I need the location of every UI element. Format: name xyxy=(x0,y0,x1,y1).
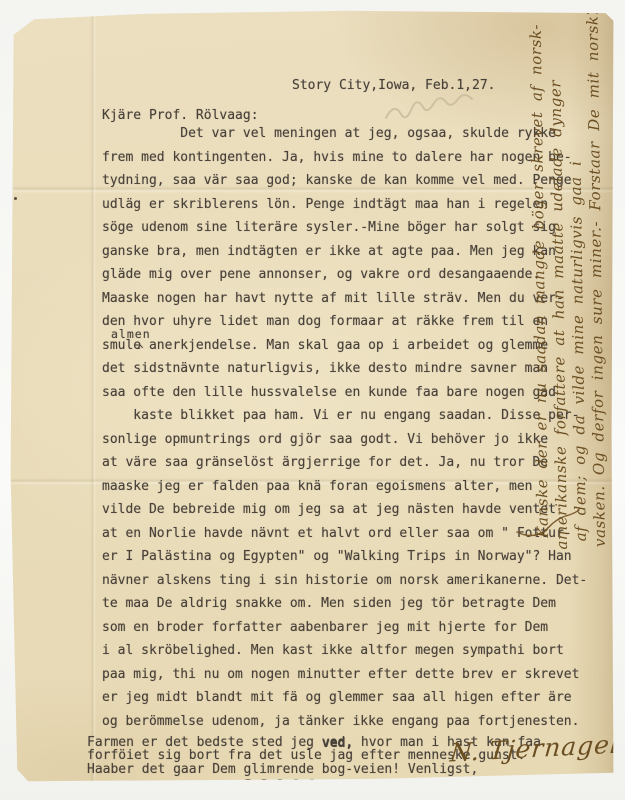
emphasized-word-ved: ved, xyxy=(322,736,353,751)
insertion-caret-icon: ^ xyxy=(137,343,144,356)
body-line: te maa De aldrig snakke om. Men siden je… xyxy=(102,592,587,616)
letter-paper: Story City,Iowa, Feb.1,27. Kjäre Prof. R… xyxy=(10,10,614,782)
dateline: Story City,Iowa, Feb.1,27. xyxy=(292,78,496,93)
body-line: sonlige opmuntrings ord gjör saa godt. V… xyxy=(102,428,587,452)
body-line: saa ofte den lille hussvalelse en kunde … xyxy=(102,381,587,405)
letter-body: Det var vel meningen at jeg, ogsaa, skul… xyxy=(102,122,587,733)
body-line: maaske jeg er falden paa knä foran egois… xyxy=(102,475,587,499)
body-line: ganske bra, men indtägten er ikke at agt… xyxy=(102,240,587,264)
body-line: smule anerkjendelse. Man skal gaa op i a… xyxy=(102,334,587,358)
ink-speck xyxy=(14,197,17,200)
body-line: er I Palästina og Egypten" og "Walking T… xyxy=(102,545,587,569)
body-line: nävner alskens ting i sin historie om no… xyxy=(102,569,587,593)
body-line: gläde mig over pene annonser, og vakre o… xyxy=(102,263,587,287)
body-line: paa mig, thi nu om nogen minutter efter … xyxy=(102,663,587,687)
body-line: Det var vel meningen at jeg, ogsaa, skul… xyxy=(102,122,587,146)
body-line: er jeg midt blandt mit fä og glemmer saa… xyxy=(102,686,587,710)
body-line: söge udenom sine literäre sysler.-Mine b… xyxy=(102,216,587,240)
body-line: tydning, saa vär saa god; kanske de kan … xyxy=(102,169,587,193)
body-line: og berömmelse udenom, ja tänker ikke eng… xyxy=(102,710,587,734)
handwritten-margin-note: Kanske der er nu saadan mangde böger skr… xyxy=(526,9,610,550)
body-line: udläg er skriblerens lön. Penge indtägt … xyxy=(102,193,587,217)
body-line: Maaske nogen har havt nytte af mit lille… xyxy=(102,287,587,311)
body-line: frem med kontingenten. Ja, hvis mine to … xyxy=(102,146,587,170)
body-line: som en broder forfatter aabenbarer jeg m… xyxy=(102,616,587,640)
body-line: kaste blikket paa ham. Vi er nu engang s… xyxy=(102,404,587,428)
body-line: at väre saa gränselöst ärgjerrige for de… xyxy=(102,451,587,475)
inserted-word-almen: almen xyxy=(111,327,151,341)
body-line: det sidstnävnte naturligvis, ikke desto … xyxy=(102,357,587,381)
fold-crease-vertical xyxy=(90,10,96,782)
body-line: den hvor uhyre lidet man dog formaar at … xyxy=(102,310,587,334)
salutation: Kjäre Prof. Rölvaag: xyxy=(102,108,259,123)
body-line: i al skröbelighed. Men kast ikke altfor … xyxy=(102,639,587,663)
